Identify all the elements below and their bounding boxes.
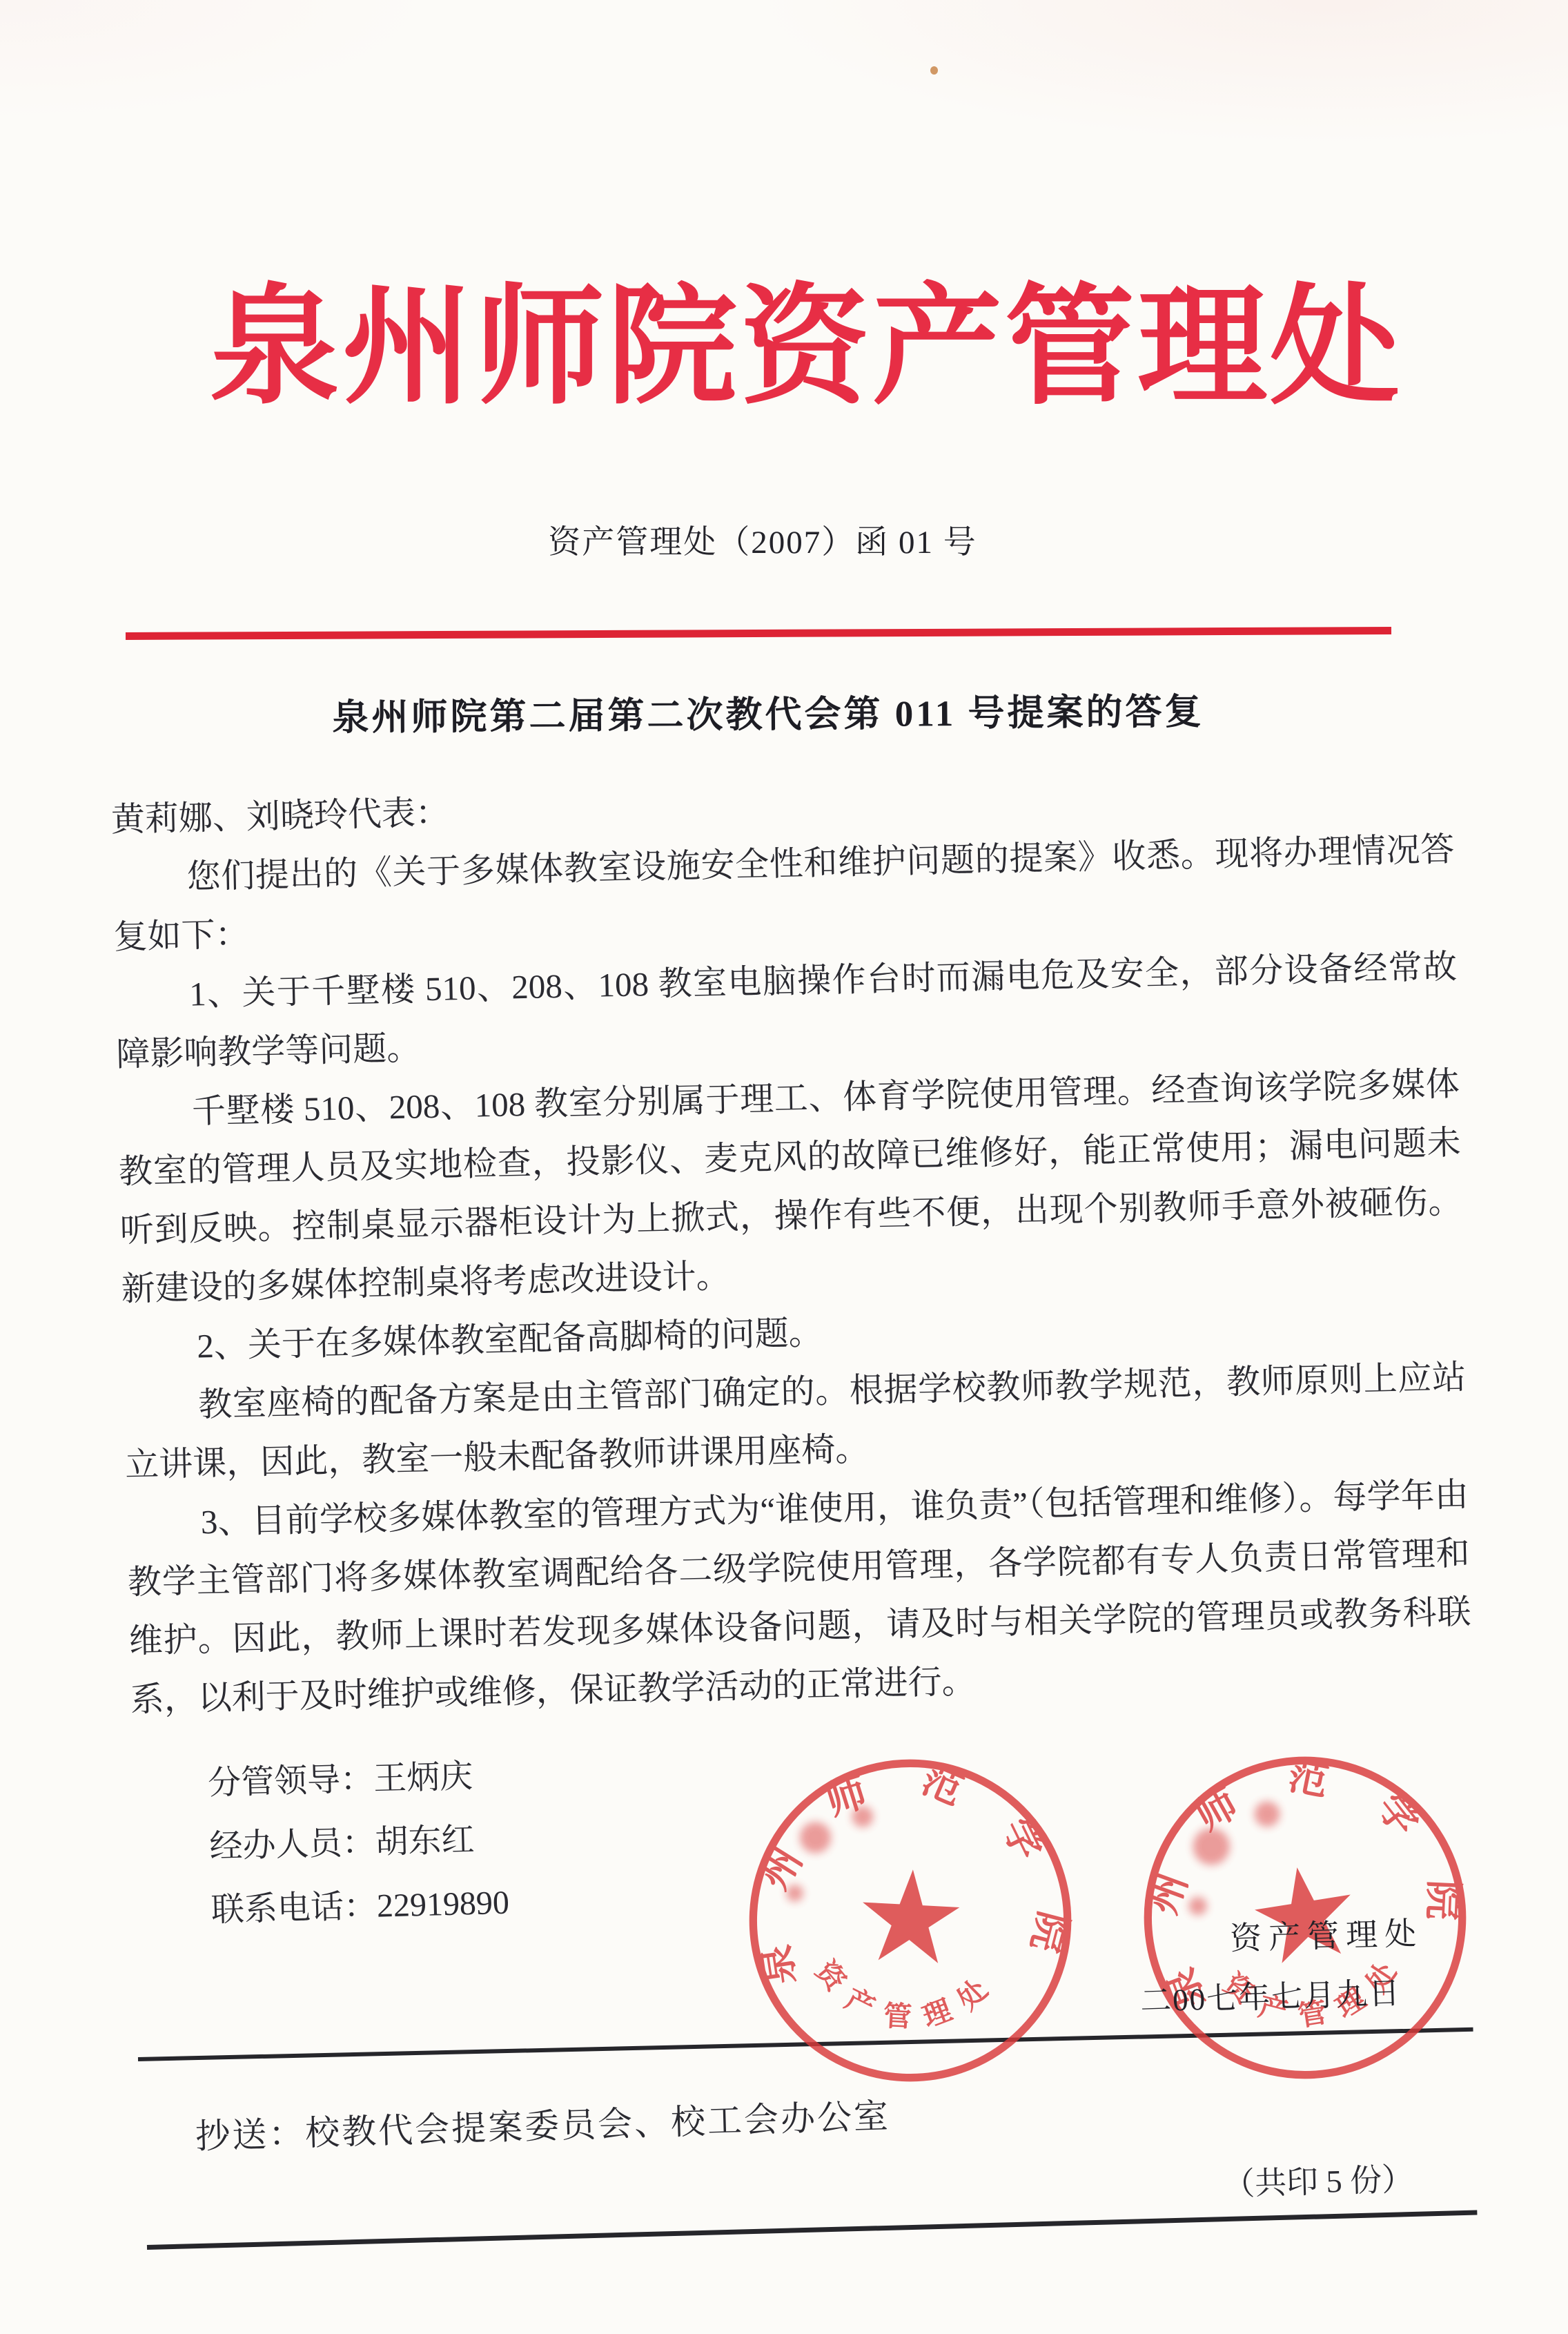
signature-label: 联系电话：: [210, 1888, 377, 1929]
signature-line: 经办人员：胡东红: [208, 1808, 508, 1879]
signature-value: 胡东红: [375, 1822, 475, 1861]
signature-line: 分管领导：王炳庆: [207, 1744, 507, 1816]
cc-line: 抄送：校教代会提案委员会、校工会办公室: [195, 2088, 891, 2159]
copies-note: （共印 5 份）: [1222, 2154, 1414, 2205]
doc-number: 资产管理处（2007）函 01 号: [548, 516, 977, 563]
separator-line-bottom: [147, 2210, 1478, 2250]
letterhead-divider-rule: [126, 627, 1391, 640]
svg-text:资产管理处: 资产管理处: [807, 1954, 1006, 2038]
scanned-document-page: 泉州师院资产管理处 资产管理处（2007）函 01 号 泉州师院第二届第二次教代…: [0, 0, 1568, 2334]
document-body: 黄莉娜、刘晓玲代表： 您们提出的《关于多媒体教室设施安全性和维护问题的提案》收悉…: [110, 761, 1473, 1729]
signature-label: 经办人员：: [209, 1825, 375, 1865]
seal-dept-text: 资产管理处: [807, 1954, 1006, 2038]
signature-label: 分管领导：: [207, 1761, 373, 1802]
body-paragraphs: 您们提出的《关于多媒体教室设施安全性和维护问题的提案》收悉。现将办理情况答复如下…: [112, 820, 1473, 1729]
body-paragraph: 千墅楼 510、208、108 教室分别属于理工、体育学院使用管理。经查询该学院…: [117, 1054, 1464, 1318]
letterhead-title: 泉州师院资产管理处: [210, 266, 1402, 429]
ink-speck: [930, 66, 938, 75]
issuer-name: 资产管理处: [1229, 1908, 1424, 1959]
seal-star-icon: [860, 1867, 961, 1965]
document-title: 泉州师院第二届第二次教代会第 011 号提案的答复: [332, 683, 1204, 741]
signature-value: 22919890: [376, 1885, 509, 1925]
signature-value: 王炳庆: [373, 1758, 473, 1798]
body-paragraph: 3、目前学校多媒体教室的管理方式为“谁使用，谁负责”（包括管理和维修）。每学年由…: [126, 1465, 1473, 1729]
official-seal-left: 泉州师范学院 资产管理处: [736, 1746, 1086, 2096]
signature-line: 联系电话：22919890: [210, 1871, 510, 1943]
issue-date: 二00七年七月九日: [1139, 1967, 1402, 2021]
signature-block: 分管领导：王炳庆经办人员：胡东红联系电话：22919890: [207, 1744, 510, 1943]
